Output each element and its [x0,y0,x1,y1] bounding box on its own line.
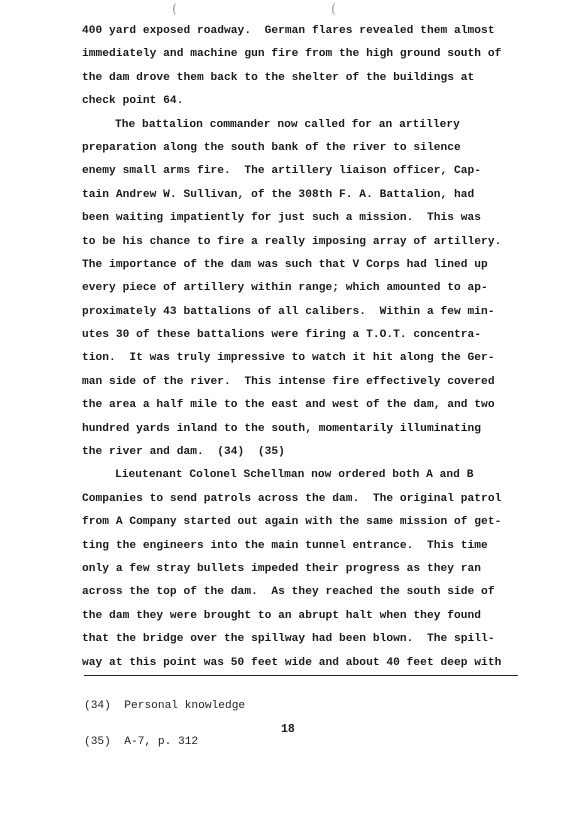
footnote-marker: (35) [84,736,111,748]
text-line: the river and dam. (34) (35) [82,441,522,464]
text-line: from A Company started out again with th… [82,511,522,534]
document-page: ( ( 400 yard exposed roadway. German fla… [0,0,575,814]
text-line: The battalion commander now called for a… [82,114,522,137]
footnote-35: (35) A-7, p. 312 [84,736,245,748]
text-line: Lieutenant Colonel Schellman now ordered… [82,464,522,487]
text-line: the area a half mile to the east and wes… [82,394,522,417]
text-line: preparation along the south bank of the … [82,137,522,160]
paragraph: 400 yard exposed roadway. German flares … [82,20,522,114]
text-line: way at this point was 50 feet wide and a… [82,652,522,675]
text-line: only a few stray bullets impeded their p… [82,558,522,581]
text-line: The importance of the dam was such that … [82,254,522,277]
scan-artifact-mark: ( [172,2,177,17]
text-line: tain Andrew W. Sullivan, of the 308th F.… [82,184,522,207]
text-line: check point 64. [82,90,522,113]
scan-artifact-mark: ( [331,2,336,17]
footnote-text: Personal knowledge [124,700,245,712]
text-line: proximately 43 battalions of all caliber… [82,301,522,324]
footnote-marker: (34) [84,700,111,712]
paragraph: Lieutenant Colonel Schellman now ordered… [82,464,522,675]
footnote-text: A-7, p. 312 [124,736,198,748]
page-number: 18 [281,723,295,736]
text-line: man side of the river. This intense fire… [82,371,522,394]
footnote-34: (34) Personal knowledge [84,700,245,712]
paragraph: The battalion commander now called for a… [82,114,522,465]
text-line: been waiting impatiently for just such a… [82,207,522,230]
text-line: across the top of the dam. As they reach… [82,581,522,604]
text-line: immediately and machine gun fire from th… [82,43,522,66]
text-line: hundred yards inland to the south, momen… [82,418,522,441]
body-text: 400 yard exposed roadway. German flares … [82,20,522,675]
footnotes: (34) Personal knowledge (35) A-7, p. 312 [84,676,245,772]
text-line: the dam drove them back to the shelter o… [82,67,522,90]
text-line: Companies to send patrols across the dam… [82,488,522,511]
text-line: every piece of artillery within range; w… [82,277,522,300]
text-line: utes 30 of these battalions were firing … [82,324,522,347]
text-line: that the bridge over the spillway had be… [82,628,522,651]
text-line: the dam they were brought to an abrupt h… [82,605,522,628]
text-line: ting the engineers into the main tunnel … [82,535,522,558]
text-line: 400 yard exposed roadway. German flares … [82,20,522,43]
text-line: tion. It was truly impressive to watch i… [82,347,522,370]
text-line: enemy small arms fire. The artillery lia… [82,160,522,183]
text-line: to be his chance to fire a really imposi… [82,231,522,254]
